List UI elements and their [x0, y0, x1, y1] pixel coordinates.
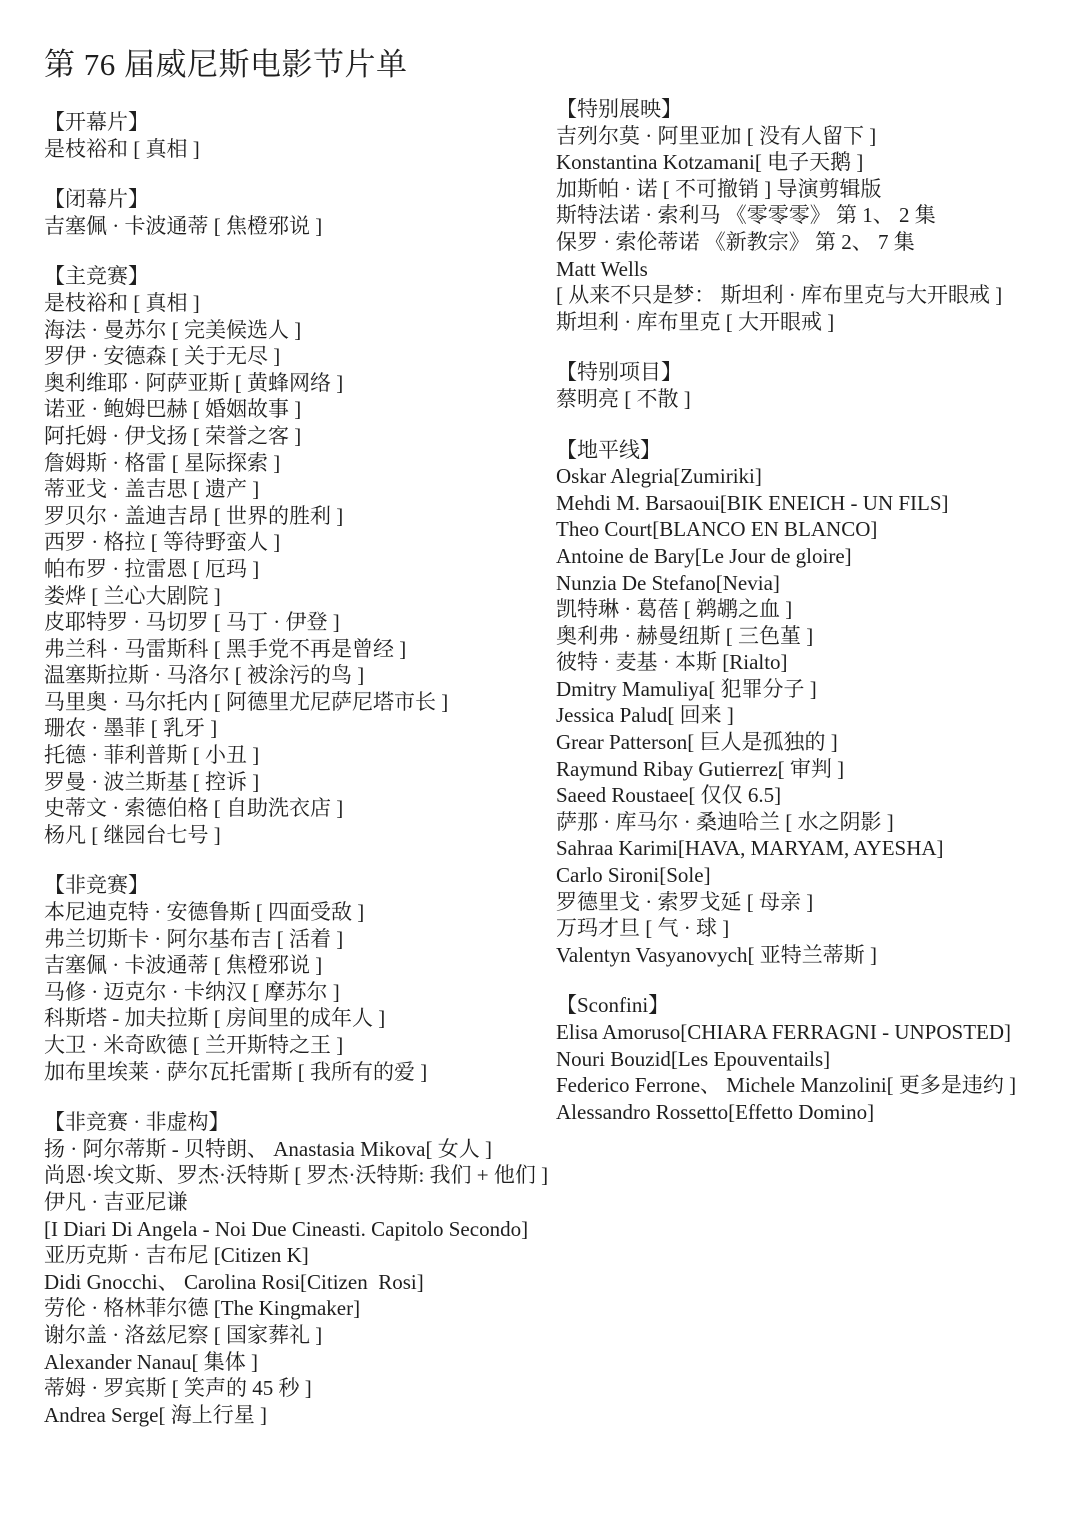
section-out-of-competition: 【非竞赛】本尼迪克特 · 安德鲁斯 [ 四面受敌 ]弗兰切斯卡 · 阿尔基布吉 … — [44, 872, 552, 1085]
film-entry: 史蒂文 · 索德伯格 [ 自助洗衣店 ] — [44, 795, 552, 822]
section-special-projects: 【特别项目】蔡明亮 [ 不散 ] — [556, 359, 1078, 412]
film-entry: 罗德里戈 · 索罗戈延 [ 母亲 ] — [556, 889, 1078, 916]
film-entry: 吉列尔莫 · 阿里亚加 [ 没有人留下 ] — [556, 123, 1078, 150]
film-entry: Matt Wells — [556, 256, 1078, 283]
film-entry: 马修 · 迈克尔 · 卡纳汉 [ 摩苏尔 ] — [44, 979, 552, 1006]
film-entry: Alessandro Rossetto[Effetto Domino] — [556, 1099, 1078, 1126]
film-entry: 奥利弗 · 赫曼纽斯 [ 三色堇 ] — [556, 623, 1078, 650]
film-entry: Raymund Ribay Gutierrez[ 审判 ] — [556, 756, 1078, 783]
section-header-special-projects: 【特别项目】 — [556, 359, 1078, 386]
film-entry: 蒂姆 · 罗宾斯 [ 笑声的 45 秒 ] — [44, 1375, 552, 1402]
film-entry: Alexander Nanau[ 集体 ] — [44, 1349, 552, 1376]
section-horizons: 【地平线】Oskar Alegria[Zumiriki]Mehdi M. Bar… — [556, 437, 1078, 969]
film-entry: 谢尔盖 · 洛兹尼察 [ 国家葬礼 ] — [44, 1322, 552, 1349]
film-entry: Konstantina Kotzamani[ 电子天鹅 ] — [556, 149, 1078, 176]
film-entry: 吉塞佩 · 卡波通蒂 [ 焦橙邪说 ] — [44, 213, 552, 240]
film-entry: 罗伊 · 安德森 [ 关于无尽 ] — [44, 343, 552, 370]
film-entry: 是枝裕和 [ 真相 ] — [44, 290, 552, 317]
film-entry: 扬 · 阿尔蒂斯 - 贝特朗、 Anastasia Mikova[ 女人 ] — [44, 1136, 552, 1163]
section-out-of-competition-nonfiction: 【非竞赛 · 非虚构】扬 · 阿尔蒂斯 - 贝特朗、 Anastasia Mik… — [44, 1109, 552, 1428]
film-entry: 蒂亚戈 · 盖吉思 [ 遗产 ] — [44, 476, 552, 503]
film-entry: 加布里埃莱 · 萨尔瓦托雷斯 [ 我所有的爱 ] — [44, 1059, 552, 1086]
film-entry: 娄烨 [ 兰心大剧院 ] — [44, 583, 552, 610]
left-column: 【开幕片】是枝裕和 [ 真相 ]【闭幕片】吉塞佩 · 卡波通蒂 [ 焦橙邪说 ]… — [44, 109, 552, 1428]
film-entry: Andrea Serge[ 海上行星 ] — [44, 1402, 552, 1429]
film-entry: 弗兰科 · 马雷斯科 [ 黑手党不再是曾经 ] — [44, 636, 552, 663]
film-entry: Jessica Palud[ 回来 ] — [556, 702, 1078, 729]
film-entry: 萨那 · 库马尔 · 桑迪哈兰 [ 水之阴影 ] — [556, 809, 1078, 836]
film-entry: Nunzia De Stefano[Nevia] — [556, 570, 1078, 597]
section-header-horizons: 【地平线】 — [556, 437, 1078, 464]
film-entry: 是枝裕和 [ 真相 ] — [44, 136, 552, 163]
film-entry: 伊凡 · 吉亚尼谦 — [44, 1189, 552, 1216]
film-entry: Didi Gnocchi、 Carolina Rosi[Citizen Rosi… — [44, 1269, 552, 1296]
film-entry: Oskar Alegria[Zumiriki] — [556, 463, 1078, 490]
section-header-out-of-competition: 【非竞赛】 — [44, 872, 552, 899]
film-entry: 加斯帕 · 诺 [ 不可撤销 ] 导演剪辑版 — [556, 176, 1078, 203]
film-entry: Federico Ferrone、 Michele Manzolini[ 更多是… — [556, 1072, 1078, 1099]
film-entry: 杨凡 [ 继园台七号 ] — [44, 822, 552, 849]
film-entry: 凯特琳 · 葛蓓 [ 鹈鹕之血 ] — [556, 596, 1078, 623]
film-entry: 斯特法诺 · 索利马 《零零零》 第 1、 2 集 — [556, 202, 1078, 229]
film-entry: Dmitry Mamuliya[ 犯罪分子 ] — [556, 676, 1078, 703]
section-header-sconfini: 【Sconfini】 — [556, 992, 1078, 1019]
film-entry: 劳伦 · 格林菲尔德 [The Kingmaker] — [44, 1295, 552, 1322]
section-closing-film: 【闭幕片】吉塞佩 · 卡波通蒂 [ 焦橙邪说 ] — [44, 186, 552, 239]
section-header-out-of-competition-nonfiction: 【非竞赛 · 非虚构】 — [44, 1109, 552, 1136]
film-entry: Antoine de Bary[Le Jour de gloire] — [556, 543, 1078, 570]
section-header-main-competition: 【主竞赛】 — [44, 263, 552, 290]
film-entry: 帕布罗 · 拉雷恩 [ 厄玛 ] — [44, 556, 552, 583]
film-entry: 彼特 · 麦基 · 本斯 [Rialto] — [556, 649, 1078, 676]
film-entry: 罗贝尔 · 盖迪吉昂 [ 世界的胜利 ] — [44, 503, 552, 530]
film-entry: 弗兰切斯卡 · 阿尔基布吉 [ 活着 ] — [44, 926, 552, 953]
film-entry: 皮耶特罗 · 马切罗 [ 马丁 · 伊登 ] — [44, 609, 552, 636]
film-entry: 珊农 · 墨菲 [ 乳牙 ] — [44, 715, 552, 742]
film-entry: 温塞斯拉斯 · 马洛尔 [ 被涂污的鸟 ] — [44, 662, 552, 689]
film-entry: Sahraa Karimi[HAVA, MARYAM, AYESHA] — [556, 835, 1078, 862]
film-entry: 吉塞佩 · 卡波通蒂 [ 焦橙邪说 ] — [44, 952, 552, 979]
film-entry: 奥利维耶 · 阿萨亚斯 [ 黄蜂网络 ] — [44, 370, 552, 397]
film-entry: 蔡明亮 [ 不散 ] — [556, 386, 1078, 413]
film-entry: 万玛才旦 [ 气 · 球 ] — [556, 915, 1078, 942]
film-entry: 科斯塔 - 加夫拉斯 [ 房间里的成年人 ] — [44, 1005, 552, 1032]
film-entry: 海法 · 曼苏尔 [ 完美候选人 ] — [44, 317, 552, 344]
film-entry: 本尼迪克特 · 安德鲁斯 [ 四面受敌 ] — [44, 899, 552, 926]
film-entry: 大卫 · 米奇欧德 [ 兰开斯特之王 ] — [44, 1032, 552, 1059]
film-entry: 罗曼 · 波兰斯基 [ 控诉 ] — [44, 769, 552, 796]
film-entry: Valentyn Vasyanovych[ 亚特兰蒂斯 ] — [556, 942, 1078, 969]
film-entry: 亚历克斯 · 吉布尼 [Citizen K] — [44, 1242, 552, 1269]
film-entry: 尚恩·埃文斯、罗杰·沃特斯 [ 罗杰·沃特斯: 我们 + 他们 ] — [44, 1162, 552, 1189]
section-special-screenings: 【特别展映】吉列尔莫 · 阿里亚加 [ 没有人留下 ]Konstantina K… — [556, 96, 1078, 335]
film-entry: 阿托姆 · 伊戈扬 [ 荣誉之客 ] — [44, 423, 552, 450]
film-entry: Grear Patterson[ 巨人是孤独的 ] — [556, 729, 1078, 756]
film-entry: Saeed Roustaee[ 仅仅 6.5] — [556, 782, 1078, 809]
film-entry: [I Diari Di Angela - Noi Due Cineasti. C… — [44, 1216, 552, 1243]
section-opening-film: 【开幕片】是枝裕和 [ 真相 ] — [44, 109, 552, 162]
film-entry: Elisa Amoruso[CHIARA FERRAGNI - UNPOSTED… — [556, 1019, 1078, 1046]
section-header-opening-film: 【开幕片】 — [44, 109, 552, 136]
film-entry: 西罗 · 格拉 [ 等待野蛮人 ] — [44, 529, 552, 556]
film-entry: 保罗 · 索伦蒂诺 《新教宗》 第 2、 7 集 — [556, 229, 1078, 256]
film-entry: Mehdi M. Barsaoui[BIK ENEICH - UN FILS] — [556, 490, 1078, 517]
section-sconfini: 【Sconfini】Elisa Amoruso[CHIARA FERRAGNI … — [556, 992, 1078, 1125]
page-title: 第 76 届威尼斯电影节片单 — [44, 46, 408, 84]
right-column: 【特别展映】吉列尔莫 · 阿里亚加 [ 没有人留下 ]Konstantina K… — [556, 96, 1078, 1125]
film-entry: 马里奥 · 马尔托内 [ 阿德里尤尼萨尼塔市长 ] — [44, 689, 552, 716]
film-entry: Carlo Sironi[Sole] — [556, 862, 1078, 889]
section-header-closing-film: 【闭幕片】 — [44, 186, 552, 213]
film-entry: 詹姆斯 · 格雷 [ 星际探索 ] — [44, 450, 552, 477]
section-main-competition: 【主竞赛】是枝裕和 [ 真相 ]海法 · 曼苏尔 [ 完美候选人 ]罗伊 · 安… — [44, 263, 552, 848]
section-header-special-screenings: 【特别展映】 — [556, 96, 1078, 123]
film-entry: [ 从来不只是梦： 斯坦利 · 库布里克与大开眼戒 ] — [556, 282, 1078, 309]
film-entry: Theo Court[BLANCO EN BLANCO] — [556, 516, 1078, 543]
film-entry: 斯坦利 · 库布里克 [ 大开眼戒 ] — [556, 309, 1078, 336]
film-entry: 托德 · 菲利普斯 [ 小丑 ] — [44, 742, 552, 769]
film-entry: 诺亚 · 鲍姆巴赫 [ 婚姻故事 ] — [44, 396, 552, 423]
film-entry: Nouri Bouzid[Les Epouventails] — [556, 1046, 1078, 1073]
